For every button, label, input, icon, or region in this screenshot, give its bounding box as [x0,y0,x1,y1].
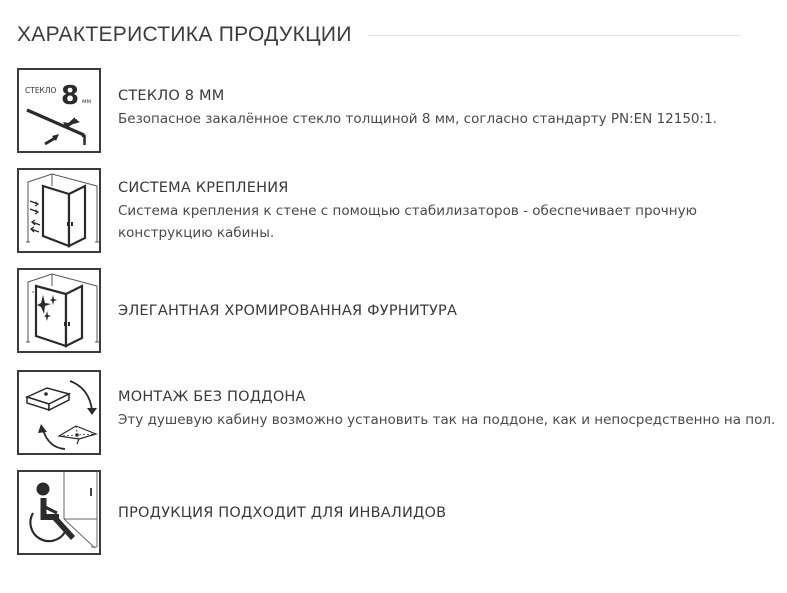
feature-description: Система крепления к стене с помощью стаб… [118,200,777,244]
feature-description: Эту душевую кабину возможно установить т… [118,409,777,431]
glass-thickness-icon: СТЕКЛО 8 мм [17,68,101,153]
wall-mount-system-icon [17,168,101,253]
svg-text:8: 8 [61,81,79,111]
section-header: ХАРАКТЕРИСТИКА ПРОДУКЦИИ [17,20,741,50]
feature-title: ЭЛЕГАНТНАЯ ХРОМИРОВАННАЯ ФУРНИТУРА [118,301,777,321]
feature-title: СИСТЕМА КРЕПЛЕНИЯ [118,178,777,198]
svg-text:СТЕКЛО: СТЕКЛО [25,86,57,95]
feature-description: Безопасное закалённое стекло толщиной 8 … [118,108,777,130]
feature-title: ПРОДУКЦИЯ ПОДХОДИТ ДЛЯ ИНВАЛИДОВ [118,503,777,523]
wheelchair-accessible-icon [17,470,101,555]
feature-mounting-system: СИСТЕМА КРЕПЛЕНИЯ Система крепления к ст… [17,168,777,254]
feature-text: ПРОДУКЦИЯ ПОДХОДИТ ДЛЯ ИНВАЛИДОВ [118,470,777,556]
feature-text: ЭЛЕГАНТНАЯ ХРОМИРОВАННАЯ ФУРНИТУРА [118,268,777,354]
feature-text: СИСТЕМА КРЕПЛЕНИЯ Система крепления к ст… [118,168,777,254]
feature-glass: СТЕКЛО 8 мм СТЕКЛО 8 ММ Безопасное закал… [17,68,777,154]
no-tray-installation-icon [17,370,101,455]
feature-title: МОНТАЖ БЕЗ ПОДДОНА [118,387,777,407]
chrome-fittings-icon [17,268,101,353]
page-title: ХАРАКТЕРИСТИКА ПРОДУКЦИИ [17,23,352,47]
title-divider [368,35,741,36]
svg-text:мм: мм [82,98,91,105]
feature-text: СТЕКЛО 8 ММ Безопасное закалённое стекло… [118,65,777,151]
feature-chrome-fittings: ЭЛЕГАНТНАЯ ХРОМИРОВАННАЯ ФУРНИТУРА [17,268,777,354]
feature-no-tray-installation: МОНТАЖ БЕЗ ПОДДОНА Эту душевую кабину во… [17,370,777,456]
feature-text: МОНТАЖ БЕЗ ПОДДОНА Эту душевую кабину во… [118,366,777,452]
feature-title: СТЕКЛО 8 ММ [118,86,777,106]
feature-accessibility: ПРОДУКЦИЯ ПОДХОДИТ ДЛЯ ИНВАЛИДОВ [17,470,777,556]
